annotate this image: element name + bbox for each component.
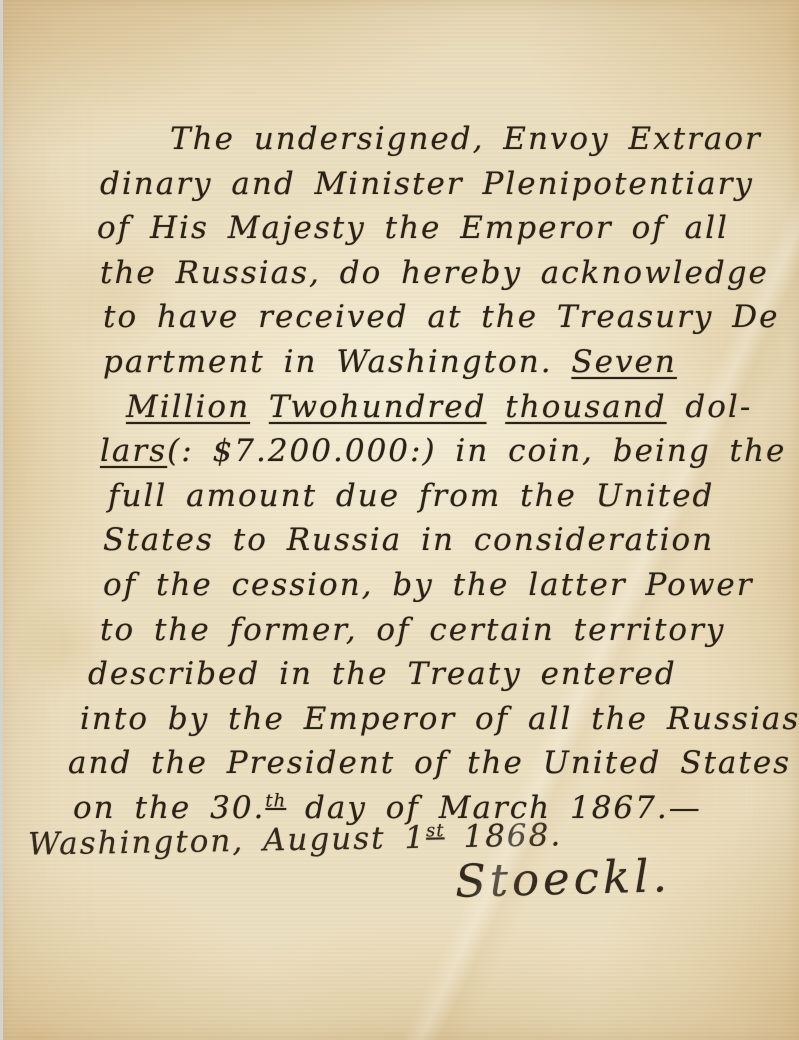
text-run: to have received at the Treasury De — [103, 299, 779, 335]
document-line: to the former, of certain territory — [100, 612, 725, 648]
text-run: of His Majesty the Emperor of all — [97, 210, 729, 246]
document-line: Million Twohundred thousand dol- — [126, 389, 752, 425]
text-run: described in the Treaty entered — [88, 656, 677, 692]
text-run: the Russias, do hereby acknowledge — [100, 255, 769, 291]
document-line: dinary and Minister Plenipotentiary — [100, 166, 754, 202]
text-run — [250, 389, 269, 425]
text-run: on the 30. — [73, 790, 265, 826]
document-line: the Russias, do hereby acknowledge — [100, 255, 769, 291]
text-run: into by the Emperor of all the Russias — [80, 701, 799, 737]
text-run: to the former, of certain territory — [100, 612, 725, 648]
document-line: lars(: $7.200.000:) in coin, being the — [100, 433, 786, 469]
text-run: (: $7.200.000:) in coin, being the — [167, 433, 786, 469]
text-run: day of March 1867.— — [286, 790, 702, 826]
document-line: on the 30.th day of March 1867.— — [73, 790, 702, 826]
text-run: partment in Washington. — [103, 344, 571, 380]
underlined-run: Twohundred — [269, 389, 487, 425]
document-line: partment in Washington. Seven — [103, 344, 677, 380]
text-run: dinary and Minister Plenipotentiary — [100, 166, 754, 202]
underlined-run: thousand — [505, 389, 666, 425]
text-run: and the President of the United States — [68, 745, 791, 781]
underlined-run: Seven — [571, 344, 676, 380]
text-run: full amount due from the United — [108, 478, 714, 514]
text-run: of the cession, by the latter Power — [103, 567, 754, 603]
text-run: States to Russia in consideration — [103, 522, 714, 558]
text-run — [486, 389, 505, 425]
text-run: The undersigned, Envoy Extraor — [170, 121, 762, 157]
document-line: of the cession, by the latter Power — [103, 567, 754, 603]
underlined-run: Million — [126, 389, 250, 425]
parchment-page: The undersigned, Envoy Extraordinary and… — [0, 0, 799, 1040]
document-line: The undersigned, Envoy Extraor — [170, 121, 762, 157]
document-line: and the President of the United States — [68, 745, 791, 781]
document-line: of His Majesty the Emperor of all — [97, 210, 729, 246]
superscript-run: th — [265, 791, 286, 812]
document-line: into by the Emperor of all the Russias — [80, 701, 799, 737]
manuscript-lines: The undersigned, Envoy Extraordinary and… — [0, 0, 799, 1040]
document-line: to have received at the Treasury De — [103, 299, 779, 335]
document-line: described in the Treaty entered — [88, 656, 677, 692]
scanner-edge-strip — [0, 0, 3, 1040]
text-run: dol- — [667, 389, 753, 425]
document-line: States to Russia in consideration — [103, 522, 714, 558]
underlined-run: lars — [100, 433, 167, 469]
document-line: full amount due from the United — [108, 478, 714, 514]
